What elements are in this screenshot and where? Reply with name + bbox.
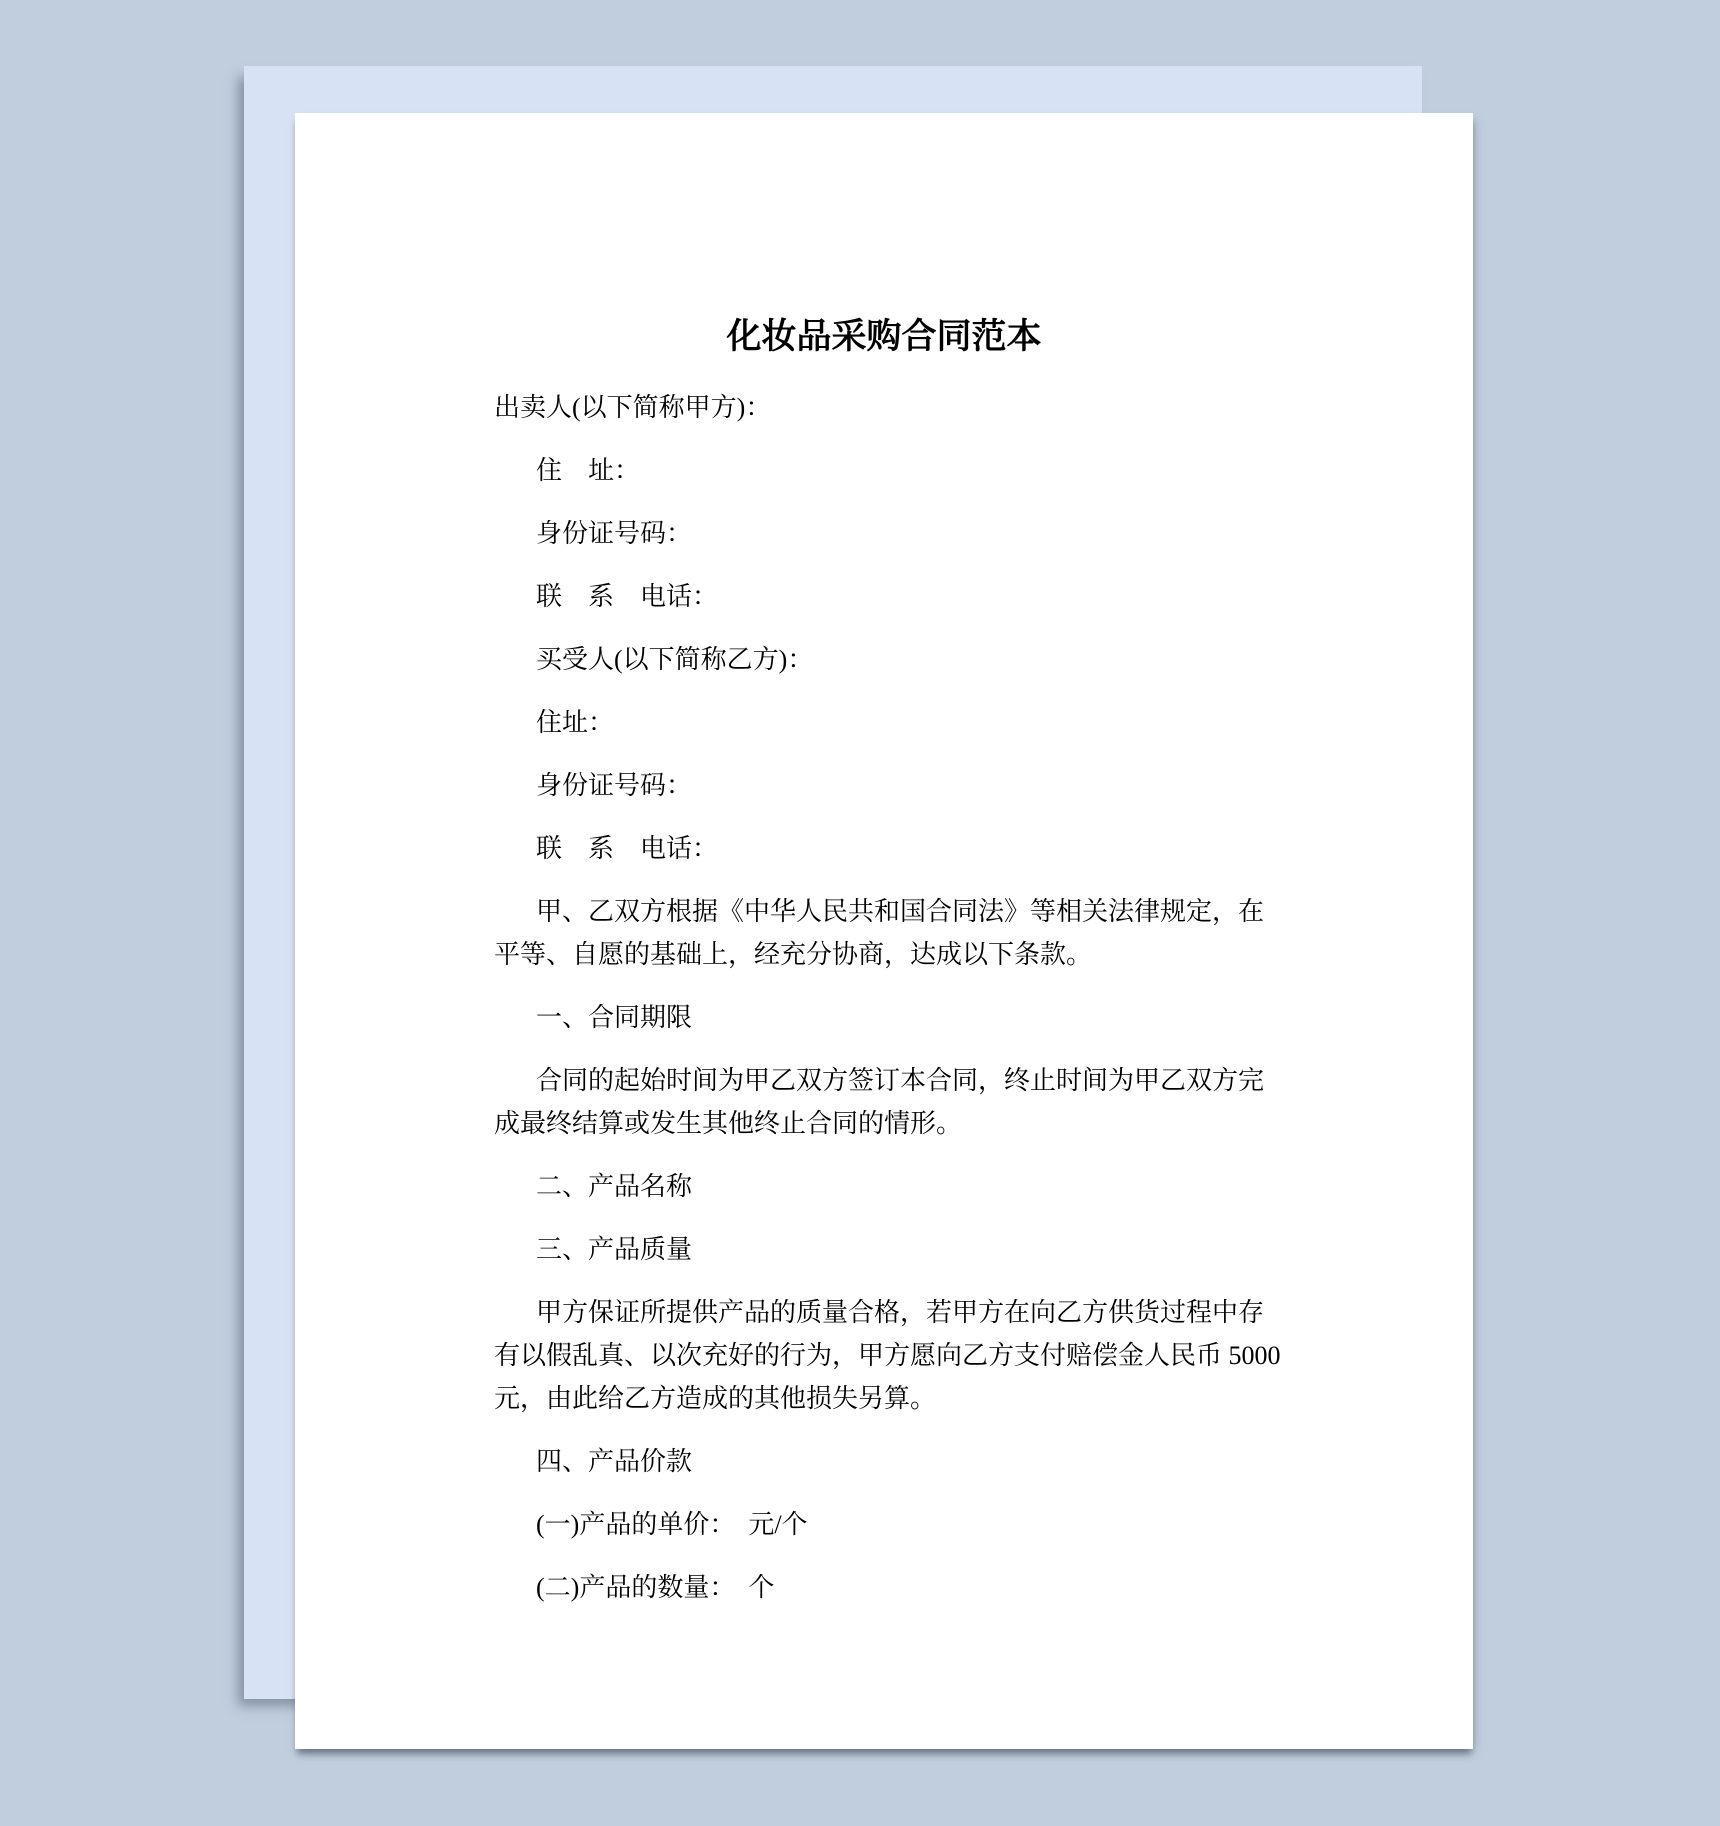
para-seller: 出卖人(以下简称甲方)： — [494, 386, 1274, 429]
para-unit-price: (一)产品的单价： 元/个 — [494, 1503, 1274, 1546]
desktop-background: 化妆品采购合同范本 出卖人(以下简称甲方)： 住 址： 身份证号码： 联 系 电… — [0, 0, 1720, 1826]
page-title: 化妆品采购合同范本 — [494, 318, 1274, 356]
doc-line: 身份证号码： — [494, 764, 1274, 807]
doc-line: 住 址： — [494, 449, 1274, 492]
doc-line: 有以假乱真、以次充好的行为，甲方愿向乙方支付赔偿金人民币 5000 — [494, 1334, 1274, 1377]
doc-line: 住址： — [494, 701, 1274, 744]
doc-line: 身份证号码： — [494, 512, 1274, 555]
doc-line: 一、合同期限 — [494, 996, 1274, 1039]
heading-section-4: 四、产品价款 — [494, 1440, 1274, 1483]
doc-line: 成最终结算或发生其他终止合同的情形。 — [494, 1102, 1274, 1145]
document-content: 化妆品采购合同范本 出卖人(以下简称甲方)： 住 址： 身份证号码： 联 系 电… — [295, 113, 1473, 1609]
para-buyer-id: 身份证号码： — [494, 764, 1274, 807]
para-quantity: (二)产品的数量： 个 — [494, 1566, 1274, 1609]
para-contract-term: 合同的起始时间为甲乙双方签订本合同，终止时间为甲乙双方完 成最终结算或发生其他终… — [494, 1059, 1274, 1145]
para-seller-id: 身份证号码： — [494, 512, 1274, 555]
doc-line: 三、产品质量 — [494, 1228, 1274, 1271]
doc-line: 甲方保证所提供产品的质量合格，若甲方在向乙方供货过程中存 — [494, 1291, 1274, 1334]
document-page: 化妆品采购合同范本 出卖人(以下简称甲方)： 住 址： 身份证号码： 联 系 电… — [295, 113, 1473, 1749]
heading-section-3: 三、产品质量 — [494, 1228, 1274, 1271]
doc-line: 出卖人(以下简称甲方)： — [494, 386, 1274, 429]
heading-section-1: 一、合同期限 — [494, 996, 1274, 1039]
para-seller-phone: 联 系 电话： — [494, 575, 1274, 618]
doc-line: 联 系 电话： — [494, 827, 1274, 870]
doc-line: 甲、乙双方根据《中华人民共和国合同法》等相关法律规定，在 — [494, 890, 1274, 933]
para-quality-guarantee: 甲方保证所提供产品的质量合格，若甲方在向乙方供货过程中存 有以假乱真、以次充好的… — [494, 1291, 1274, 1420]
doc-line: 二、产品名称 — [494, 1165, 1274, 1208]
doc-line: 买受人(以下简称乙方)： — [494, 638, 1274, 681]
para-seller-address: 住 址： — [494, 449, 1274, 492]
para-legal-basis: 甲、乙双方根据《中华人民共和国合同法》等相关法律规定，在 平等、自愿的基础上，经… — [494, 890, 1274, 976]
heading-section-2: 二、产品名称 — [494, 1165, 1274, 1208]
para-buyer-phone: 联 系 电话： — [494, 827, 1274, 870]
para-buyer-address: 住址： — [494, 701, 1274, 744]
doc-line: 合同的起始时间为甲乙双方签订本合同，终止时间为甲乙双方完 — [494, 1059, 1274, 1102]
para-buyer: 买受人(以下简称乙方)： — [494, 638, 1274, 681]
doc-line: (一)产品的单价： 元/个 — [494, 1503, 1274, 1546]
doc-line: 元，由此给乙方造成的其他损失另算。 — [494, 1377, 1274, 1420]
doc-line: 联 系 电话： — [494, 575, 1274, 618]
doc-line: (二)产品的数量： 个 — [494, 1566, 1274, 1609]
doc-line: 平等、自愿的基础上，经充分协商，达成以下条款。 — [494, 933, 1274, 976]
doc-line: 四、产品价款 — [494, 1440, 1274, 1483]
